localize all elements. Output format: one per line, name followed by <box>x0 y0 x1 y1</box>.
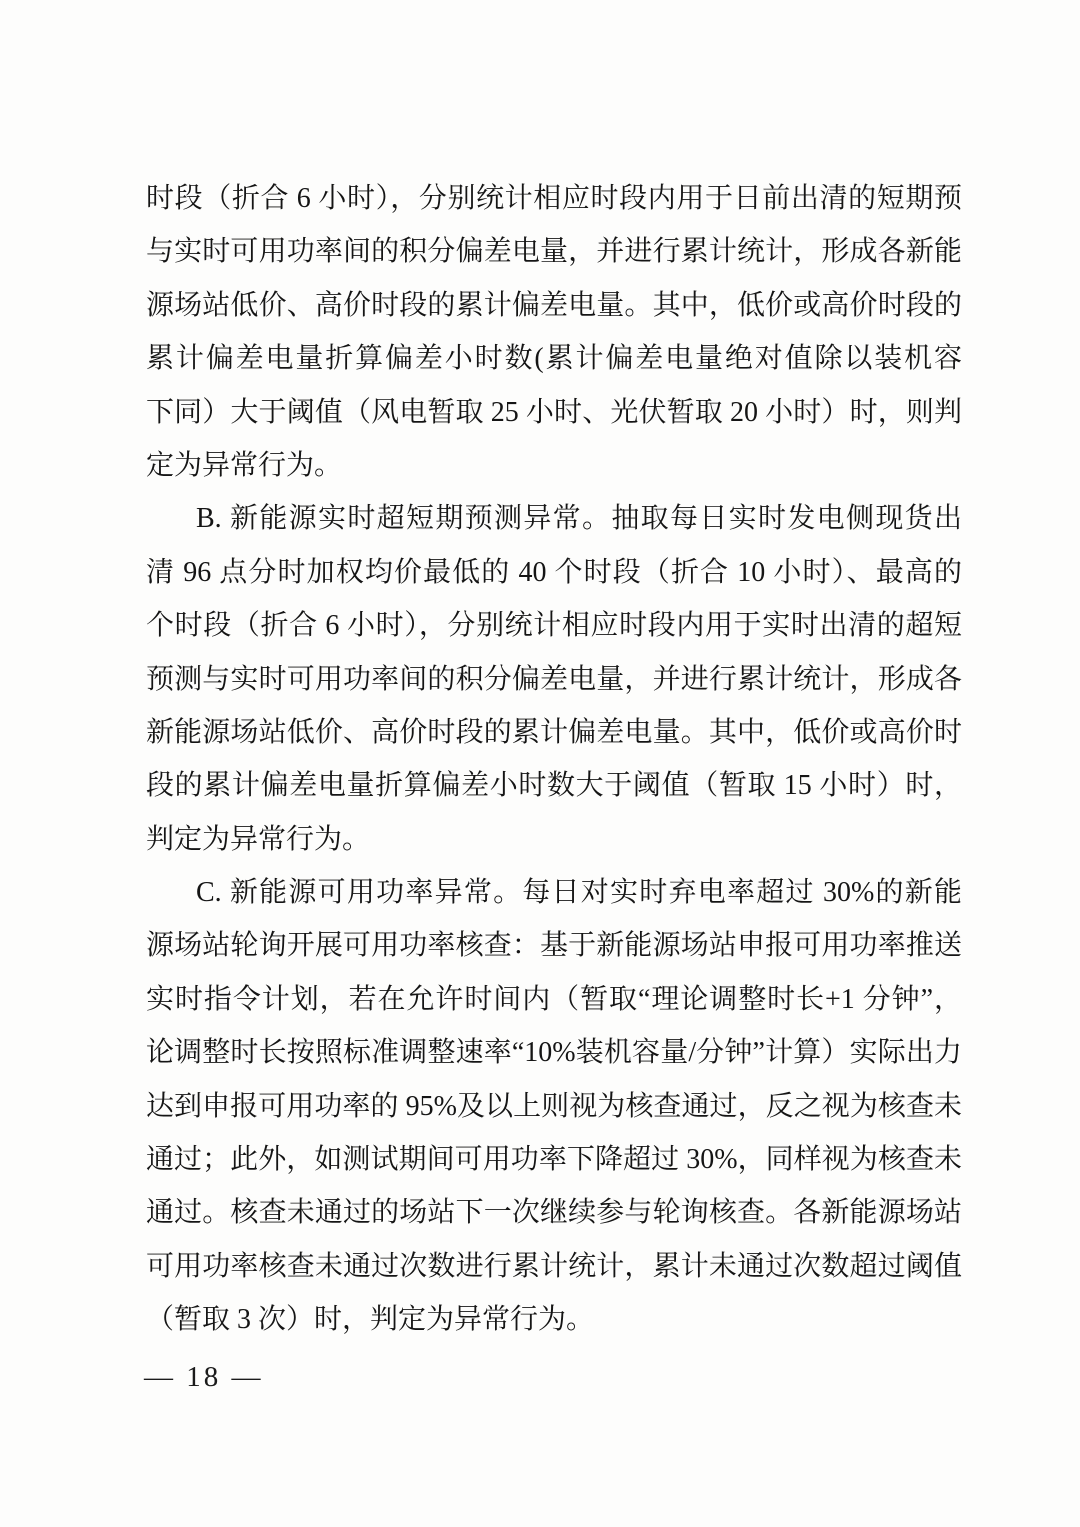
text-line: 论调整时长按照标准调整速率“10%装机容量/分钟”计算）实际出力 <box>146 1026 962 1079</box>
text-line: 通过。核查未通过的场站下一次继续参与轮询核查。各新能源场站 <box>146 1186 962 1239</box>
text-line: 新能源场站低价、高价时段的累计偏差电量。其中，低价或高价时 <box>146 706 962 759</box>
text-line: 判定为异常行为。 <box>146 813 962 866</box>
text-line: 实时指令计划，若在允许时间内（暂取“理论调整时长+1 分钟”，理 <box>146 973 962 1026</box>
text-line: 预测与实时可用功率间的积分偏差电量，并进行累计统计，形成各 <box>146 653 962 706</box>
text-line: 清 96 点分时加权均价最低的 40 个时段（折合 10 小时）、最高的 24 <box>146 546 962 599</box>
text-line: 时段（折合 6 小时），分别统计相应时段内用于日前出清的短期预测 <box>146 172 962 225</box>
body-text: 时段（折合 6 小时），分别统计相应时段内用于日前出清的短期预测 与实时可用功率… <box>146 172 962 1347</box>
text-line: 源场站低价、高价时段的累计偏差电量。其中，低价或高价时段的 <box>146 279 962 332</box>
paragraph-b-first-line: B. 新能源实时超短期预测异常。抽取每日实时发电侧现货出 <box>146 492 962 545</box>
document-page: 时段（折合 6 小时），分别统计相应时段内用于日前出清的短期预测 与实时可用功率… <box>0 0 1080 1527</box>
text-line: 个时段（折合 6 小时），分别统计相应时段内用于实时出清的超短期 <box>146 599 962 652</box>
text-line: 累计偏差电量折算偏差小时数(累计偏差电量绝对值除以装机容量， <box>146 332 962 385</box>
text-line: （暂取 3 次）时，判定为异常行为。 <box>146 1293 962 1346</box>
text-line: 与实时可用功率间的积分偏差电量，并进行累计统计，形成各新能 <box>146 225 962 278</box>
paragraph-c-first-line: C. 新能源可用功率异常。每日对实时弃电率超过 30%的新能 <box>146 866 962 919</box>
text-line: 段的累计偏差电量折算偏差小时数大于阈值（暂取 15 小时）时，则 <box>146 759 962 812</box>
text-line: 下同）大于阈值（风电暂取 25 小时、光伏暂取 20 小时）时，则判 <box>146 386 962 439</box>
text-line: 通过；此外，如测试期间可用功率下降超过 30%，同样视为核查未 <box>146 1133 962 1186</box>
text-line: 源场站轮询开展可用功率核查：基于新能源场站申报可用功率推送 <box>146 919 962 972</box>
text-line: 可用功率核查未通过次数进行累计统计，累计未通过次数超过阈值 <box>146 1240 962 1293</box>
page-number: — 18 — <box>144 1360 264 1394</box>
text-line: 达到申报可用功率的 95%及以上则视为核查通过，反之视为核查未 <box>146 1080 962 1133</box>
text-line: 定为异常行为。 <box>146 439 962 492</box>
